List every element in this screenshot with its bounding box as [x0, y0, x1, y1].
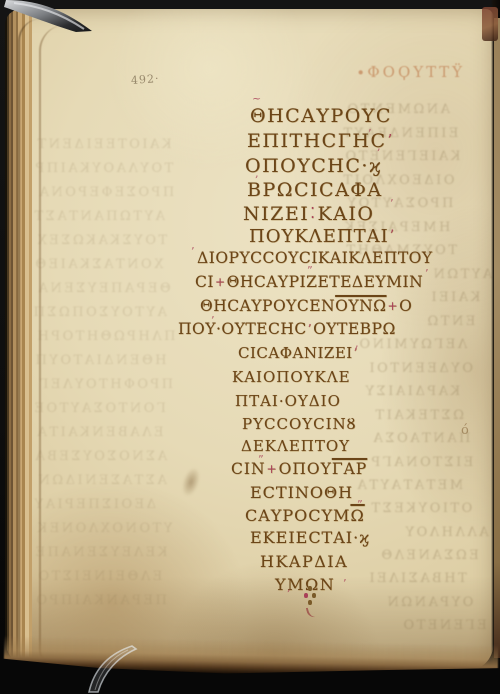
- ink-text-segment: ΓΑΡ: [332, 460, 367, 478]
- red-accent-mark: ‚: [255, 167, 259, 180]
- red-accent-mark: ~: [252, 92, 261, 105]
- manuscript-text-line: ΠΤΑΙ·ΟΥΔΙΟ: [235, 392, 341, 410]
- ink-text-segment: ΕΚΕΙΕCΤΑΙ·: [250, 528, 359, 547]
- ink-text-segment: ΕΠΙΤΗCΓΗC: [247, 130, 387, 152]
- red-accent-mark: ’: [368, 127, 372, 140]
- ink-text-segment: ΠΤΑΙ·ΟΥΔΙΟ: [235, 392, 341, 410]
- ink-text-segment: ϗ: [359, 528, 370, 547]
- ink-text-segment: ΘΗCΑΥΡΟΥC: [250, 105, 392, 127]
- ink-text-segment: Ο: [399, 297, 412, 315]
- manuscript-text-line: CΑΥΡΟCΥΜΩ: [245, 506, 365, 525]
- ink-text-segment: ΚΑΙΟ: [317, 203, 374, 225]
- red-accent-mark: ”: [357, 498, 363, 511]
- ink-text-segment: ΠΟΥΚΛΕΠΤΑΙ: [249, 226, 389, 247]
- end-of-section-ornament: [304, 586, 316, 620]
- ornament-dot: [308, 600, 312, 605]
- ink-text-segment: ΡΥCCΟΥCΙΝȢ: [242, 415, 356, 433]
- ink-text-segment: ϗ: [369, 155, 382, 177]
- ink-text-segment: ΒΡΩCΙCΑΦΑ: [247, 179, 383, 201]
- manuscript-text-line: ΒΡΩCΙCΑΦΑ: [247, 179, 383, 201]
- red-accent-mark: ‚: [377, 140, 381, 153]
- red-ink-mark: +: [214, 275, 227, 289]
- red-ink-mark: +: [386, 299, 399, 313]
- ornament-flourish: [306, 606, 316, 619]
- ornament-dot: [304, 593, 308, 598]
- ink-text-segment: ΝΙΖΕΙ: [243, 203, 309, 225]
- ink-text-segment: ΗΚΑΡΔΙΑ: [260, 552, 348, 571]
- red-ink-mark: +: [266, 462, 279, 476]
- manuscript-text-line: ΕCΤΙΝΟΘΗ: [250, 483, 353, 502]
- manuscript-text-line: ΕΠΙΤΗCΓΗC’: [247, 130, 395, 152]
- ink-text-segment: ·: [361, 155, 369, 177]
- manuscript-text-line: ΔΙΟΡΥCCΟΥCΙΚΑΙΚΛΕΠΤΟΥ: [197, 249, 433, 267]
- red-accent-mark: ’: [343, 577, 347, 590]
- manuscript-text-line: ΘΗCΑΥΡΟΥCΕΝΟΥΝΩ+Ο: [200, 297, 412, 315]
- red-accent-mark: ’: [425, 267, 429, 280]
- manuscript-text-line: CΙΝ+ΟΠΟΥΓΑΡ: [231, 460, 367, 478]
- manuscript-text-line: ΕΚΕΙΕCΤΑΙ·ϗ: [250, 528, 370, 547]
- ink-text-segment: CΑΥΡΟCΥΜ: [245, 506, 350, 525]
- red-accent-mark: ”: [258, 453, 264, 466]
- ink-text-segment: ΠΟΥ·ΟΥΤΕCΗC: [178, 320, 307, 338]
- manuscript-text-line: ΝΙΖΕΙ⁚ΚΑΙΟ: [243, 203, 374, 225]
- red-accent-mark: ’: [390, 197, 394, 210]
- manuscript-text-line: ΡΥCCΟΥCΙΝȢ: [242, 415, 356, 433]
- manuscript-text-line: ΚΑΙΟΠΟΥΚΛΕ: [232, 368, 351, 386]
- ink-text-segment: ΘΗCΑΥΡΟΥCΕΝ: [200, 297, 335, 315]
- plastic-page-clip: [86, 644, 144, 694]
- manuscript-text-line: ΠΟΥΚΛΕΠΤΑΙ’: [249, 226, 396, 247]
- ink-text-segment: ΚΑΙΟΠΟΥΚΛΕ: [232, 368, 351, 386]
- ink-text-segment: CΙ: [195, 273, 214, 291]
- ink-text-segment: ΟΠΟΥ: [279, 460, 332, 478]
- ink-text-segment: ΟΠΟΥCΗC: [245, 155, 361, 177]
- manuscript-text-line: ΗΚΑΡΔΙΑ: [260, 552, 348, 571]
- text-block: ΘΗCΑΥΡΟΥCΕΠΙΤΗCΓΗC’ΟΠΟΥCΗC·ϗΒΡΩCΙCΑΦΑΝΙΖ…: [5, 9, 494, 669]
- ink-text-segment: ΘΗCΑΥΡΙΖΕΤΕΔΕΥΜΙΝ: [227, 273, 424, 291]
- manuscript-text-line: ΟΠΟΥCΗC·ϗ: [245, 155, 382, 177]
- manuscript-photo: ΚΑΙΟΤΕΕΙΔΕΝΤΤΟΥΛΑΟΥΚΑΙΠΡΠΡΟΣΕΦΕΡΟΝΑΑΥΤΩΠ…: [0, 0, 500, 694]
- metal-page-weight-clip: [4, 0, 96, 36]
- red-accent-mark: ’: [211, 314, 215, 327]
- ink-text-segment: ΟΥΝΩ: [335, 297, 386, 315]
- manuscript-text-line: ΘΗCΑΥΡΟΥC: [250, 105, 392, 127]
- red-accent-mark: ”: [307, 264, 313, 277]
- manuscript-text-line: CΙCΑΦΑΝΙΖΕΙ’: [238, 344, 359, 362]
- red-accent-mark: ‚: [355, 337, 359, 350]
- red-ink-mark: ’: [389, 228, 396, 244]
- red-accent-mark: ‚: [287, 581, 291, 594]
- ink-text-segment: ΔΙΟΡΥCCΟΥCΙΚΑΙΚΛΕΠΤΟΥ: [197, 249, 433, 267]
- next-leaf-edge: [494, 18, 500, 658]
- red-ink-mark: ’: [387, 132, 395, 149]
- ornament-dot: [308, 586, 312, 591]
- ornament-dot: [312, 593, 316, 598]
- ink-text-segment: CΙCΑΦΑΝΙΖΕΙ: [238, 344, 353, 362]
- spine-corner: [482, 7, 498, 41]
- ink-text-segment: ΕCΤΙΝΟΘΗ: [250, 483, 353, 502]
- parchment-page: ΚΑΙΟΤΕΕΙΔΕΝΤΤΟΥΛΑΟΥΚΑΙΠΡΠΡΟΣΕΦΕΡΟΝΑΑΥΤΩΠ…: [5, 9, 494, 669]
- red-accent-mark: ’: [191, 245, 195, 258]
- ink-text-segment: ΟΥΤΕΒΡΩ: [313, 320, 396, 338]
